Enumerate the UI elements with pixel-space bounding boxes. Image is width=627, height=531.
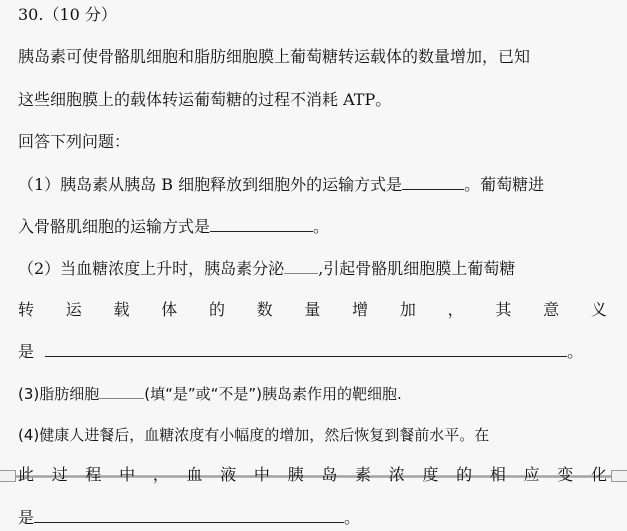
prompt-line: 回答下列问题：	[18, 131, 607, 153]
q2-line-1: （2）当血糖浓度上升时，胰岛素分泌,引起骨骼肌细胞膜上葡萄糖	[18, 257, 607, 280]
prompt-text: 回答下列问题：	[18, 132, 130, 151]
char: 加	[400, 299, 416, 321]
char: 液	[220, 464, 236, 486]
q4-line-1: (4)健康人进餐后，血糖浓度有小幅度的增加，然后恢复到餐前水平。在	[18, 424, 607, 446]
char: 过	[52, 464, 68, 486]
char: ，	[448, 299, 464, 321]
char: 其	[495, 299, 511, 321]
q2-line-3: 是 。	[18, 340, 607, 363]
q2-line-2: 转 运 载 体 的 数 量 增 加 ， 其 意 义	[18, 299, 607, 321]
intro-line-2: 这些细胞膜上的载体转运葡萄糖的过程不消耗 ATP。	[18, 89, 607, 111]
char: 度	[422, 464, 438, 486]
char: 岛	[321, 464, 337, 486]
char: 转	[18, 299, 34, 321]
char: 程	[85, 464, 101, 486]
char: 血	[187, 464, 203, 486]
q4-line-2: 此 过 程 中 ， 血 液 中 胰 岛 素 浓 度 的 相 应 变 化	[18, 464, 607, 486]
q3-text-2: (填“是”或“不是”)胰岛素作用的靶细胞.	[144, 385, 402, 403]
char: 中	[119, 464, 135, 486]
page-break-handle-right[interactable]	[611, 470, 627, 482]
char: 浓	[389, 464, 405, 486]
question-number-text: 30.（10 分）	[18, 5, 117, 24]
q2-text-3: 是	[18, 342, 34, 361]
char: 意	[543, 299, 559, 321]
q2-text-2: ,引起骨骼肌细胞膜上葡萄糖	[318, 259, 515, 278]
q3-line: (3)脂肪细胞(填“是”或“不是”)胰岛素作用的靶细胞.	[18, 382, 607, 405]
q2-blank-1[interactable]	[284, 257, 318, 274]
q1-line-1: （1）胰岛素从胰岛 B 细胞释放到细胞外的运输方式是。葡萄糖进	[18, 173, 607, 196]
char: 应	[524, 464, 540, 486]
q1-text-2: 。葡萄糖进	[464, 175, 544, 194]
question-number: 30.（10 分）	[18, 4, 607, 26]
q1-blank-2[interactable]	[210, 215, 313, 232]
q4-text-2: 是	[18, 508, 34, 527]
char: 载	[113, 299, 129, 321]
char: 增	[352, 299, 368, 321]
q2-text-1: （2）当血糖浓度上升时，胰岛素分泌	[18, 259, 284, 278]
intro-text-2: 这些细胞膜上的载体转运葡萄糖的过程不消耗 ATP。	[18, 90, 391, 109]
q1-text-4: 。	[313, 217, 329, 236]
q1-line-2: 入骨骼肌细胞的运输方式是。	[18, 215, 607, 238]
char: 中	[254, 464, 270, 486]
char: 义	[591, 299, 607, 321]
q4-blank[interactable]	[34, 506, 344, 523]
char: 变	[557, 464, 573, 486]
q1-text-3: 入骨骼肌细胞的运输方式是	[18, 217, 210, 236]
q1-blank-1[interactable]	[402, 173, 464, 190]
q2-blank-2[interactable]	[45, 340, 567, 357]
q4-text-3: 。	[344, 508, 360, 527]
q2-text-4: 。	[567, 342, 583, 361]
q4-line-3: 是。	[18, 506, 607, 529]
char: 运	[66, 299, 82, 321]
q3-blank[interactable]	[99, 382, 144, 399]
intro-line-1: 胰岛素可使骨骼肌细胞和脂肪细胞膜上葡萄糖转运载体的数量增加，已知	[18, 46, 607, 68]
q1-text-1: （1）胰岛素从胰岛 B 细胞释放到细胞外的运输方式是	[18, 175, 402, 194]
char: 数	[257, 299, 273, 321]
char: 胰	[288, 464, 304, 486]
char: 的	[456, 464, 472, 486]
char: 化	[591, 464, 607, 486]
char: 体	[161, 299, 177, 321]
char: 量	[304, 299, 320, 321]
char: 相	[490, 464, 506, 486]
char: 的	[209, 299, 225, 321]
char: 素	[355, 464, 371, 486]
q3-text-1: (3)脂肪细胞	[18, 385, 99, 403]
char: ，	[153, 464, 169, 486]
page-break-handle-left[interactable]	[0, 470, 16, 482]
intro-text-1: 胰岛素可使骨骼肌细胞和脂肪细胞膜上葡萄糖转运载体的数量增加，已知	[18, 47, 530, 66]
char: 此	[18, 464, 34, 486]
q4-text-1: (4)健康人进餐后，血糖浓度有小幅度的增加，然后恢复到餐前水平。在	[18, 426, 489, 444]
